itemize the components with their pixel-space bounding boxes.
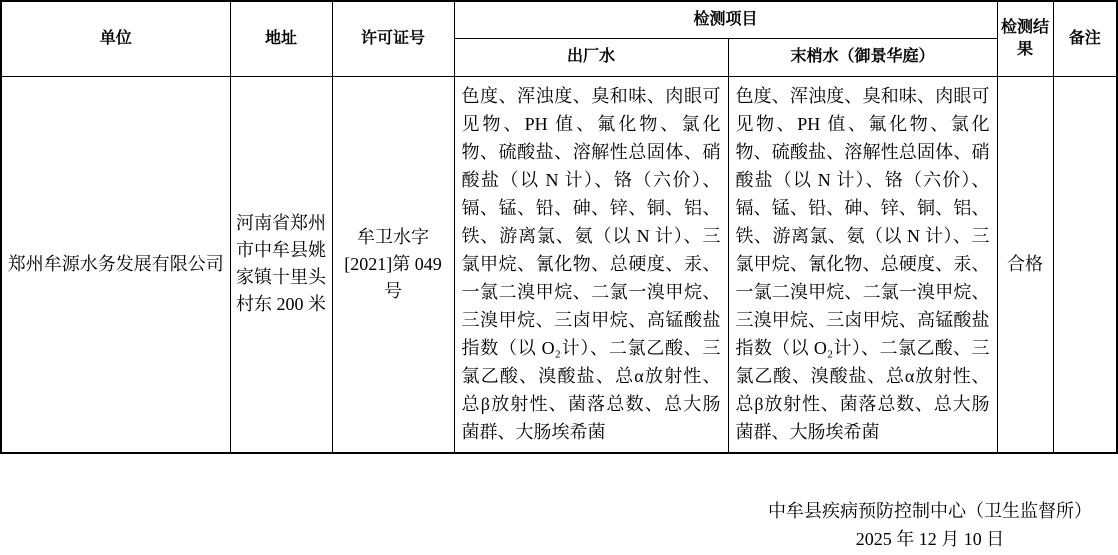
cell-company-name: 郑州牟源水务发展有限公司 (1, 76, 230, 453)
cell-result: 合格 (997, 76, 1053, 453)
footer-date: 2025 年 12 月 10 日 (700, 525, 1118, 553)
cell-factory-water-items: 色度、浑浊度、臭和味、肉眼可见物、PH 值、氟化物、氯化物、硫酸盐、溶解性总固体… (454, 76, 728, 453)
header-remarks: 备注 (1053, 1, 1117, 76)
header-address: 地址 (230, 1, 332, 76)
header-result: 检测结果 (997, 1, 1053, 76)
header-row-top: 单位 地址 许可证号 检测项目 检测结果 备注 (1, 1, 1117, 38)
header-test-items: 检测项目 (454, 1, 997, 38)
cell-license-number: 牟卫水字[2021]第 049 号 (332, 76, 454, 453)
header-license: 许可证号 (332, 1, 454, 76)
footer-issuer: 中牟县疾病预防控制中心（卫生监督所） (700, 497, 1118, 525)
header-unit: 单位 (1, 1, 230, 76)
cell-remarks (1053, 76, 1117, 453)
report-footer: 中牟县疾病预防控制中心（卫生监督所） 2025 年 12 月 10 日 (700, 497, 1118, 553)
inspection-report-table: 单位 地址 许可证号 检测项目 检测结果 备注 出厂水 末梢水（御景华庭） 郑州… (0, 0, 1118, 454)
header-tap-water: 末梢水（御景华庭） (728, 38, 997, 76)
report-page: 单位 地址 许可证号 检测项目 检测结果 备注 出厂水 末梢水（御景华庭） 郑州… (0, 0, 1118, 555)
header-factory-water: 出厂水 (454, 38, 728, 76)
cell-tap-water-items: 色度、浑浊度、臭和味、肉眼可见物、PH 值、氟化物、氯化物、硫酸盐、溶解性总固体… (728, 76, 997, 453)
table-row: 郑州牟源水务发展有限公司 河南省郑州市中牟县姚家镇十里头村东 200 米 牟卫水… (1, 76, 1117, 453)
cell-address: 河南省郑州市中牟县姚家镇十里头村东 200 米 (230, 76, 332, 453)
